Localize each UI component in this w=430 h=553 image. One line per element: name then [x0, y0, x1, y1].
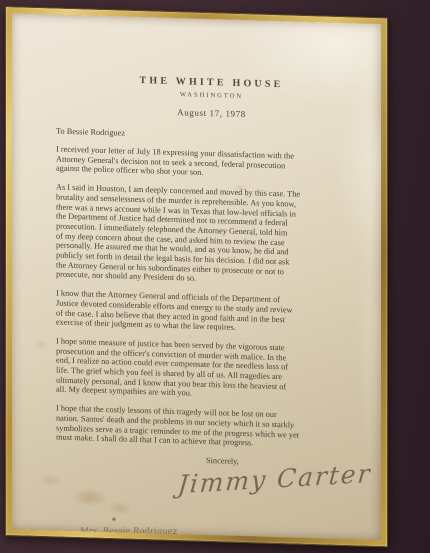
paragraph-5: I hope that the costly lessons of this t…: [56, 404, 367, 452]
letter-paper: THE WHITE HOUSE WASHINGTON August 17, 19…: [12, 13, 381, 540]
letterhead: THE WHITE HOUSE WASHINGTON August 17, 19…: [12, 13, 381, 123]
letter-document: THE WHITE HOUSE WASHINGTON August 17, 19…: [12, 13, 381, 540]
handwritten-signature: Jimmy Carter: [177, 459, 368, 499]
paragraph-1: I received your letter of July 18 expres…: [56, 145, 367, 183]
salutation: To Bessie Rodriguez: [56, 127, 367, 145]
paragraph-2: As I said in Houston, I am deeply concer…: [56, 183, 367, 289]
photo-background: THE WHITE HOUSE WASHINGTON August 17, 19…: [0, 0, 430, 553]
paragraph-3: I know that the Attorney General and off…: [56, 289, 367, 337]
letter-body: To Bessie Rodriguez I received your lett…: [12, 125, 381, 505]
paragraph-4: I hope some measure of justice has been …: [56, 336, 367, 403]
handwritten-note: Mrs. Bessie Rodriguez: [80, 526, 177, 536]
letter-date: August 17, 1978: [67, 104, 356, 123]
picture-frame: THE WHITE HOUSE WASHINGTON August 17, 19…: [5, 6, 388, 547]
